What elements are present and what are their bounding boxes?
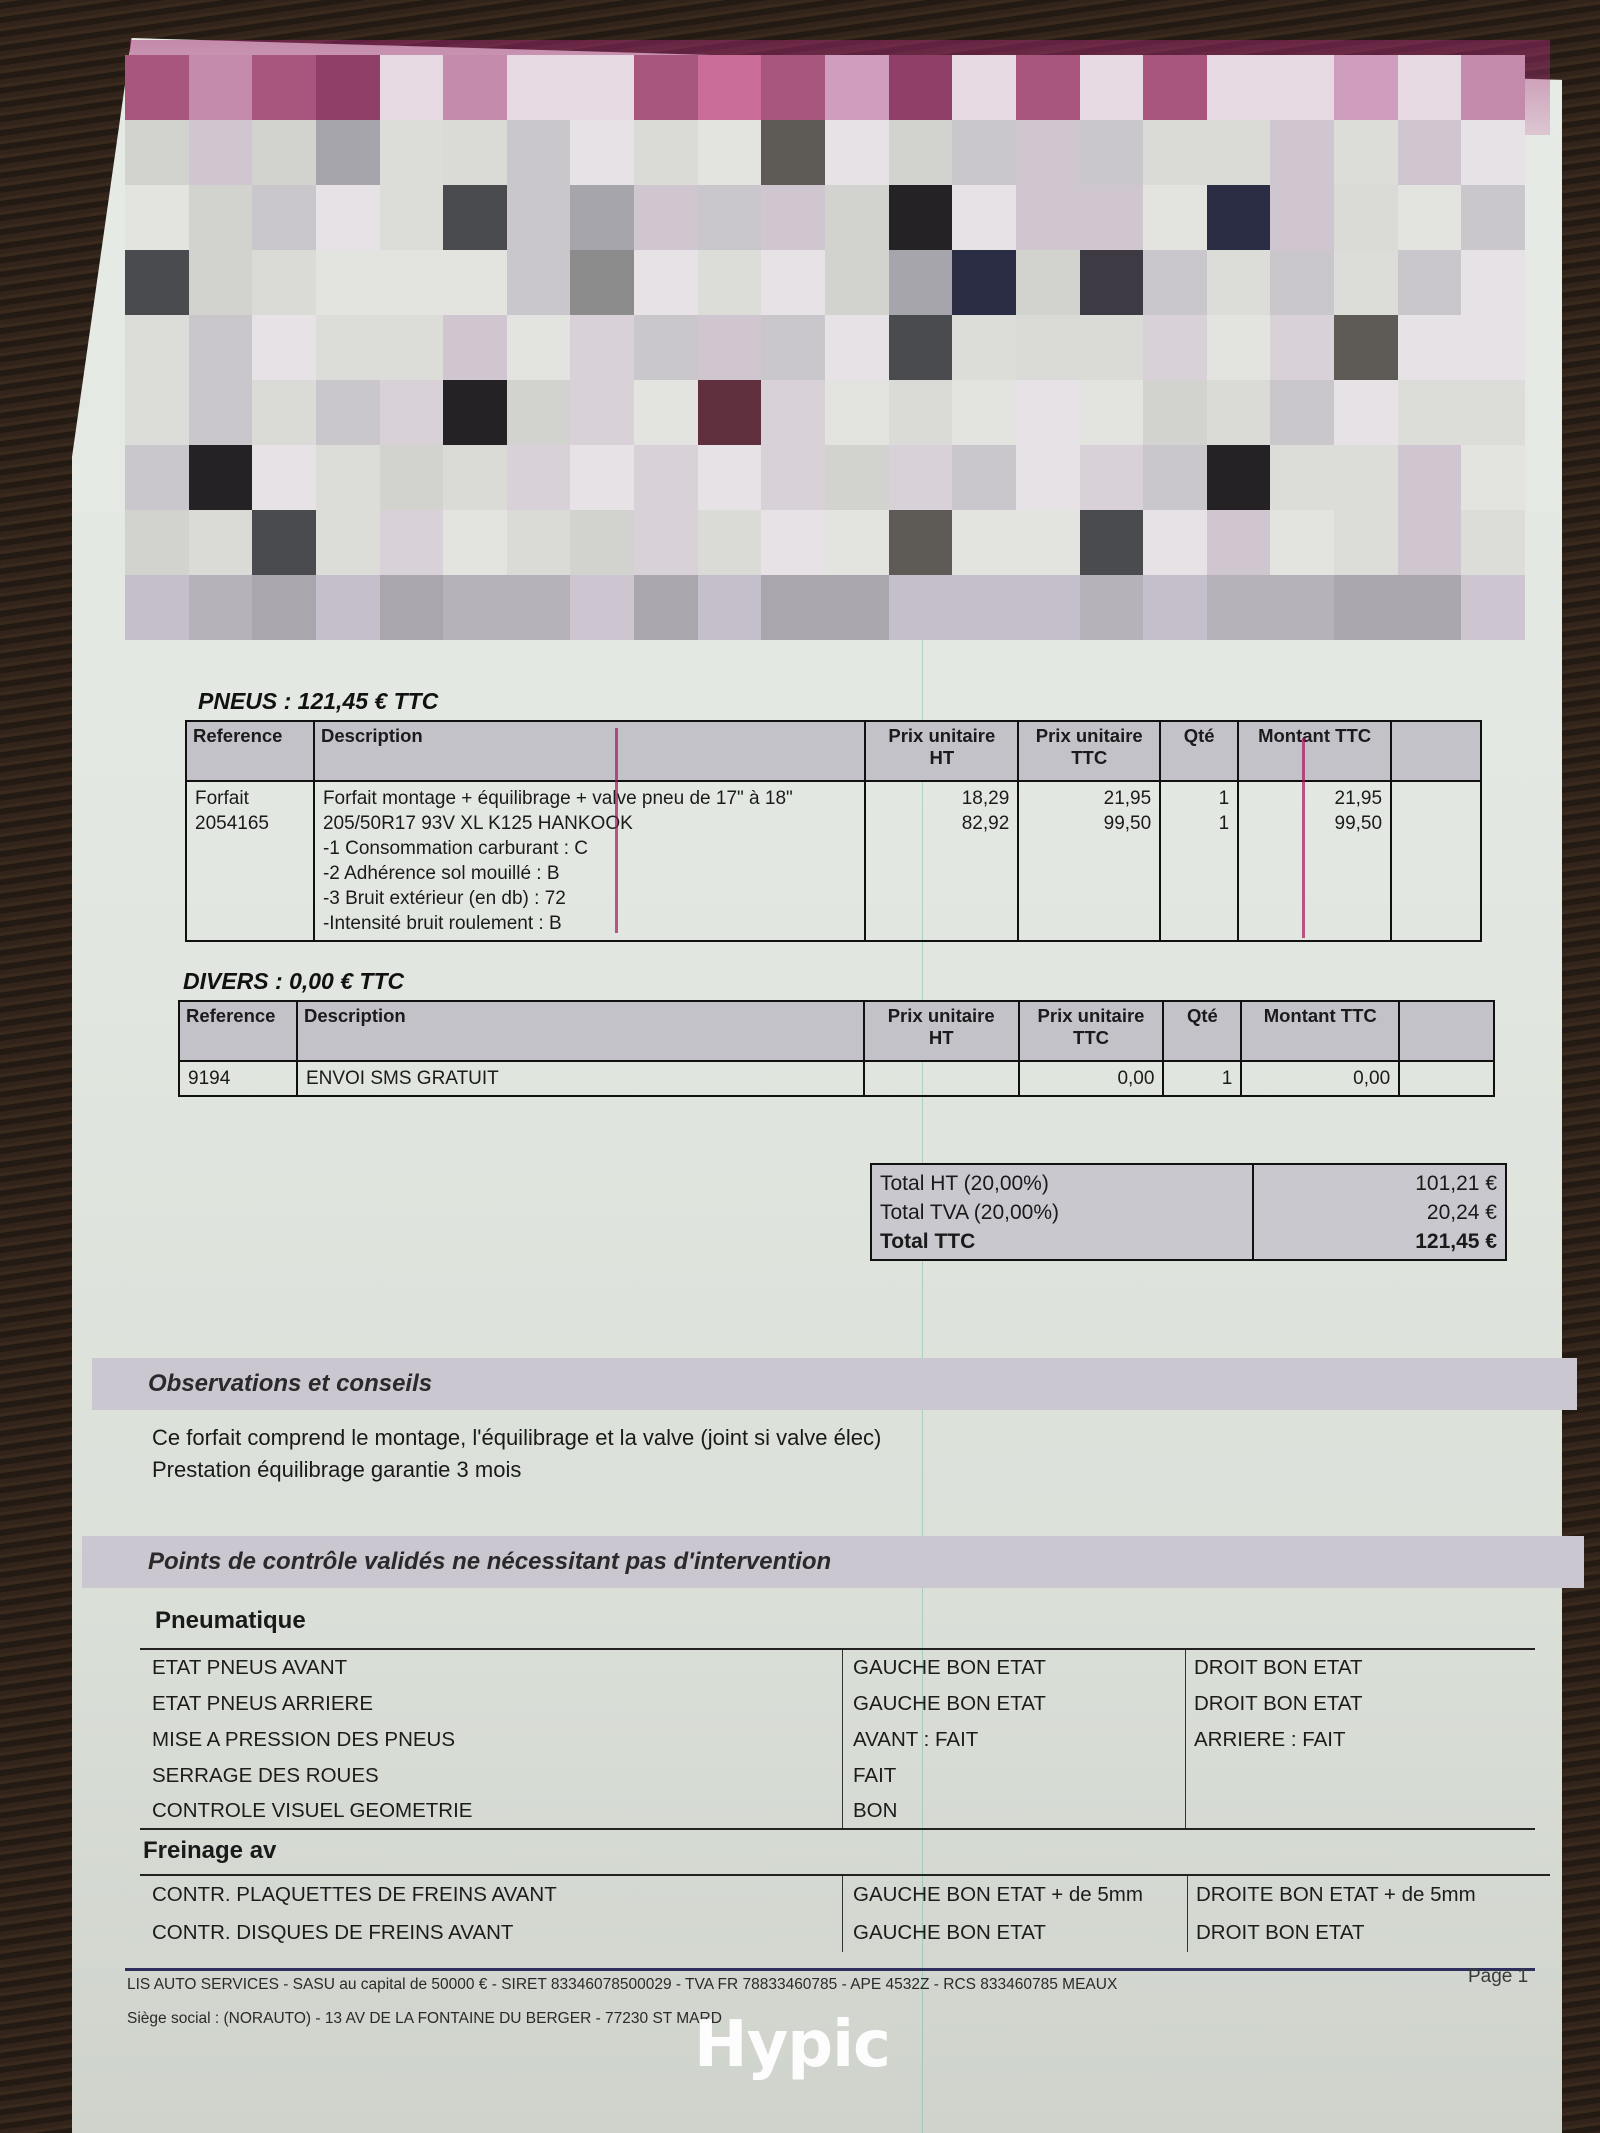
redaction-tile: [570, 510, 634, 575]
redaction-tile: [761, 445, 825, 510]
redaction-tile: [1270, 575, 1334, 640]
col-qty: Qté: [1163, 1001, 1241, 1061]
observation-line: Prestation équilibrage garantie 3 mois: [152, 1454, 881, 1486]
redaction-tile: [1143, 315, 1207, 380]
control-right: DROIT BON ETAT: [1185, 1686, 1535, 1722]
redaction-tile: [189, 380, 253, 445]
redaction-tile: [252, 380, 316, 445]
control-left: GAUCHE BON ETAT: [842, 1686, 1185, 1722]
redaction-tile: [952, 380, 1016, 445]
redaction-tile: [761, 380, 825, 445]
redaction-tile: [570, 185, 634, 250]
redaction-tile: [1334, 445, 1398, 510]
redaction-tile: [1143, 250, 1207, 315]
col-reference: Reference: [179, 1001, 297, 1061]
redaction-tile: [1461, 185, 1525, 250]
redaction-tile: [698, 120, 762, 185]
redaction-tile: [1080, 510, 1144, 575]
group-freinage-title: Freinage av: [143, 1837, 276, 1865]
pneus-qty: 1 1: [1160, 781, 1238, 941]
redaction-tile: [634, 120, 698, 185]
footer-address: Siège social : (NORAUTO) - 13 AV DE LA F…: [127, 2010, 722, 2028]
redaction-tile: [1334, 315, 1398, 380]
redaction-tile: [1461, 510, 1525, 575]
redaction-tile: [1016, 250, 1080, 315]
redaction-tile: [952, 575, 1016, 640]
observations-text: Ce forfait comprend le montage, l'équili…: [152, 1422, 881, 1486]
redaction-tile: [443, 250, 507, 315]
redaction-tile: [316, 250, 380, 315]
divers-pu-ht: [864, 1061, 1019, 1096]
redaction-tile: [189, 575, 253, 640]
control-left: BON: [842, 1794, 1185, 1828]
redaction-tile: [1270, 315, 1334, 380]
redaction-tile: [1016, 575, 1080, 640]
redaction-tile: [507, 445, 571, 510]
redaction-tile: [125, 575, 189, 640]
pneus-description: Forfait montage + équilibrage + valve pn…: [314, 781, 865, 941]
total-ttc-value: 121,45 €: [1262, 1227, 1497, 1256]
redaction-tile: [634, 185, 698, 250]
redaction-tile: [1270, 185, 1334, 250]
redaction-tile: [570, 380, 634, 445]
redaction-tile: [380, 55, 444, 120]
divers-pu-ttc: 0,00: [1019, 1061, 1164, 1096]
pneus-table: Reference Description Prix unitaireHT Pr…: [185, 720, 1482, 942]
redaction-tile: [1080, 380, 1144, 445]
redaction-tile: [1461, 445, 1525, 510]
redaction-tile: [634, 55, 698, 120]
observations-title: Observations et conseils: [92, 1358, 1577, 1410]
col-pu-ht-line1: Prix unitaire: [888, 725, 995, 746]
value: 1: [1169, 786, 1229, 811]
redaction-tile: [698, 575, 762, 640]
footer-legal: LIS AUTO SERVICES - SASU au capital de 5…: [127, 1976, 1117, 1994]
redaction-tile: [1080, 575, 1144, 640]
redaction-tile: [1080, 120, 1144, 185]
redaction-tile: [570, 575, 634, 640]
redaction-tile: [825, 55, 889, 120]
redaction-tile: [1207, 575, 1271, 640]
redaction-tile: [189, 445, 253, 510]
total-ht-label: Total HT (20,00%): [880, 1169, 1244, 1198]
value: 1: [1169, 811, 1229, 836]
redaction-tile: [125, 315, 189, 380]
redaction-tile: [1270, 250, 1334, 315]
totals-box: Total HT (20,00%) Total TVA (20,00%) Tot…: [870, 1163, 1507, 1261]
redaction-tile: [1080, 55, 1144, 120]
divers-section-title: DIVERS : 0,00 € TTC: [183, 968, 404, 995]
redaction-tile: [952, 445, 1016, 510]
pneus-amount: 21,95 99,50: [1238, 781, 1391, 941]
redaction-tile: [316, 445, 380, 510]
redaction-tile: [1270, 120, 1334, 185]
redaction-tile: [507, 55, 571, 120]
redaction-tile: [1016, 445, 1080, 510]
redaction-tile: [252, 510, 316, 575]
redaction-tile: [252, 575, 316, 640]
desc-line: -1 Consommation carburant : C: [323, 836, 856, 861]
pneus-pu-ht: 18,29 82,92: [865, 781, 1018, 941]
redaction-tile: [316, 120, 380, 185]
value: 99,50: [1027, 811, 1151, 836]
redaction-tile: [380, 250, 444, 315]
redaction-tile: [507, 250, 571, 315]
totals-labels: Total HT (20,00%) Total TVA (20,00%) Tot…: [872, 1165, 1254, 1259]
col-amount: Montant TTC: [1238, 721, 1391, 781]
redaction-tile: [570, 315, 634, 380]
total-tva-value: 20,24 €: [1262, 1198, 1497, 1227]
total-tva-label: Total TVA (20,00%): [880, 1198, 1244, 1227]
redaction-tile: [889, 55, 953, 120]
redaction-tile: [316, 315, 380, 380]
value: 99,50: [1247, 811, 1382, 836]
pneus-section-title: PNEUS : 121,45 € TTC: [198, 688, 438, 715]
divers-table: Reference Description Prix unitaireHT Pr…: [178, 1000, 1495, 1097]
redaction-tile: [1398, 55, 1462, 120]
redaction-tile: [1080, 185, 1144, 250]
redaction-tile: [316, 185, 380, 250]
redaction-tile: [761, 185, 825, 250]
control-item: CONTR. DISQUES DE FREINS AVANT: [140, 1921, 842, 1945]
value: 21,95: [1247, 786, 1382, 811]
redaction-tile: [1207, 120, 1271, 185]
redaction-tile: [125, 250, 189, 315]
table-row: 9194 ENVOI SMS GRATUIT 0,00 1 0,00: [179, 1061, 1494, 1096]
redaction-tile: [443, 510, 507, 575]
redaction-tile: [698, 315, 762, 380]
redaction-tile: [380, 120, 444, 185]
pneus-refs: Forfait 2054165: [186, 781, 314, 941]
redaction-tile: [1461, 380, 1525, 445]
col-pu-ht-line1: Prix unitaire: [888, 1005, 995, 1026]
redaction-tile: [252, 250, 316, 315]
redaction-tile: [1398, 250, 1462, 315]
pneus-extra: [1391, 781, 1481, 941]
col-extra: [1391, 721, 1481, 781]
control-right: ARRIERE : FAIT: [1185, 1722, 1535, 1758]
redaction-tile: [825, 510, 889, 575]
redaction-tile: [1270, 55, 1334, 120]
redaction-tile: [380, 445, 444, 510]
redaction-tile: [825, 575, 889, 640]
redaction-tile: [889, 575, 953, 640]
ref-line: Forfait: [195, 786, 305, 811]
redaction-tile: [443, 120, 507, 185]
redaction-tile: [825, 380, 889, 445]
redaction-tile: [634, 510, 698, 575]
pneumatique-table: ETAT PNEUS AVANT GAUCHE BON ETAT DROIT B…: [140, 1648, 1535, 1830]
observation-line: Ce forfait comprend le montage, l'équili…: [152, 1422, 881, 1454]
value: 82,92: [874, 811, 1009, 836]
control-row: CONTR. PLAQUETTES DE FREINS AVANT GAUCHE…: [140, 1876, 1550, 1914]
redaction-tile: [1334, 55, 1398, 120]
redaction-tile: [1461, 575, 1525, 640]
redaction-tile: [952, 510, 1016, 575]
redaction-tile: [507, 120, 571, 185]
col-pu-ht: Prix unitaireHT: [864, 1001, 1019, 1061]
redaction-tile: [1398, 575, 1462, 640]
redaction-tile: [1461, 120, 1525, 185]
control-left: FAIT: [842, 1758, 1185, 1794]
redaction-tile: [1207, 185, 1271, 250]
redaction-tile: [1334, 510, 1398, 575]
control-right: [1185, 1758, 1535, 1794]
control-item: ETAT PNEUS AVANT: [140, 1656, 842, 1680]
redaction-tile: [761, 250, 825, 315]
redaction-tile: [443, 575, 507, 640]
control-left: GAUCHE BON ETAT: [842, 1914, 1187, 1952]
redaction-tile: [825, 445, 889, 510]
redaction-tile: [1016, 185, 1080, 250]
control-right: DROIT BON ETAT: [1185, 1650, 1535, 1686]
redaction-tile: [189, 55, 253, 120]
redaction-tile: [507, 185, 571, 250]
redaction-tile: [252, 445, 316, 510]
redaction-tile: [380, 575, 444, 640]
redaction-tile: [889, 250, 953, 315]
col-description: Description: [297, 1001, 864, 1061]
redaction-tile: [698, 55, 762, 120]
redaction-tile: [952, 250, 1016, 315]
redaction-tile: [1143, 380, 1207, 445]
control-right: DROITE BON ETAT + de 5mm: [1187, 1876, 1550, 1914]
redaction-tile: [1461, 315, 1525, 380]
redaction-tile: [507, 380, 571, 445]
redaction-tile: [634, 315, 698, 380]
redaction-tile: [825, 120, 889, 185]
redaction-tile: [380, 315, 444, 380]
redaction-tile: [1143, 445, 1207, 510]
desc-line: -2 Adhérence sol mouillé : B: [323, 861, 856, 886]
redaction-tile: [316, 380, 380, 445]
redaction-tile: [698, 510, 762, 575]
redaction-tile: [1143, 510, 1207, 575]
total-ttc-label: Total TTC: [880, 1227, 1244, 1256]
redaction-tile: [1080, 315, 1144, 380]
desc-line: 205/50R17 93V XL K125 HANKOOK: [323, 811, 856, 836]
pen-mark: [615, 728, 618, 933]
control-row: CONTROLE VISUEL GEOMETRIE BON: [140, 1794, 1535, 1830]
redaction-tile: [380, 185, 444, 250]
redaction-tile: [1398, 510, 1462, 575]
redaction-tile: [634, 380, 698, 445]
desc-line: Forfait montage + équilibrage + valve pn…: [323, 786, 856, 811]
redaction-tile: [1016, 55, 1080, 120]
redaction-tile: [570, 445, 634, 510]
redaction-tile: [952, 55, 1016, 120]
redaction-tile: [1080, 250, 1144, 315]
col-pu-ht: Prix unitaireHT: [865, 721, 1018, 781]
col-pu-ttc-line2: TTC: [1073, 1027, 1109, 1048]
redaction-tile: [825, 315, 889, 380]
redaction-tile: [761, 315, 825, 380]
redaction-tile: [252, 120, 316, 185]
desc-line: -Intensité bruit roulement : B: [323, 911, 856, 936]
col-pu-ttc-line1: Prix unitaire: [1038, 1005, 1145, 1026]
redaction-tile: [380, 380, 444, 445]
redaction-tile: [570, 250, 634, 315]
redaction-tile: [825, 250, 889, 315]
redaction-tile: [125, 380, 189, 445]
redaction-tile: [125, 185, 189, 250]
col-reference: Reference: [186, 721, 314, 781]
redaction-tile: [1398, 120, 1462, 185]
redaction-tile: [1207, 315, 1271, 380]
redaction-tile: [125, 55, 189, 120]
col-description: Description: [314, 721, 865, 781]
col-pu-ht-line2: HT: [929, 1027, 954, 1048]
redaction-tile: [507, 510, 571, 575]
divers-extra: [1399, 1061, 1494, 1096]
redaction-tile: [634, 250, 698, 315]
divers-description: ENVOI SMS GRATUIT: [297, 1061, 864, 1096]
ref-line: 2054165: [195, 811, 305, 836]
redaction-tile: [316, 510, 380, 575]
redaction-tile: [1143, 55, 1207, 120]
control-row: CONTR. DISQUES DE FREINS AVANT GAUCHE BO…: [140, 1914, 1550, 1952]
redaction-tile: [1270, 510, 1334, 575]
table-row: Forfait 2054165 Forfait montage + équili…: [186, 781, 1481, 941]
redaction-tile: [252, 315, 316, 380]
redaction-tile: [1334, 185, 1398, 250]
col-pu-ttc: Prix unitaireTTC: [1018, 721, 1160, 781]
redaction-tile: [443, 55, 507, 120]
redaction-tile: [125, 120, 189, 185]
col-pu-ttc-line2: TTC: [1071, 747, 1107, 768]
value: 21,95: [1027, 786, 1151, 811]
redaction-tile: [125, 445, 189, 510]
redaction-tile: [889, 185, 953, 250]
redaction-tile: [761, 575, 825, 640]
redaction-tile: [252, 185, 316, 250]
redaction-tile: [570, 120, 634, 185]
redaction-tile: [698, 185, 762, 250]
total-ht-value: 101,21 €: [1262, 1169, 1497, 1198]
group-pneumatique-title: Pneumatique: [155, 1607, 306, 1635]
redaction-tile: [443, 380, 507, 445]
redaction-tile: [698, 445, 762, 510]
redaction-tile: [698, 380, 762, 445]
redaction-tile: [1207, 510, 1271, 575]
control-item: ETAT PNEUS ARRIERE: [140, 1692, 842, 1716]
redaction-tile: [1461, 55, 1525, 120]
redaction-tile: [570, 55, 634, 120]
divers-qty: 1: [1163, 1061, 1241, 1096]
redacted-header: [125, 55, 1525, 640]
redaction-tile: [1207, 380, 1271, 445]
redaction-tile: [189, 120, 253, 185]
control-item: CONTROLE VISUEL GEOMETRIE: [140, 1799, 842, 1823]
redaction-tile: [761, 510, 825, 575]
redaction-tile: [1080, 445, 1144, 510]
redaction-tile: [889, 380, 953, 445]
redaction-tile: [189, 510, 253, 575]
redaction-tile: [189, 250, 253, 315]
value: 18,29: [874, 786, 1009, 811]
redaction-tile: [443, 445, 507, 510]
footer-rule: [125, 1968, 1535, 1971]
redaction-tile: [698, 250, 762, 315]
col-pu-ht-line2: HT: [930, 747, 955, 768]
redaction-tile: [1207, 445, 1271, 510]
redaction-tile: [1334, 380, 1398, 445]
control-item: SERRAGE DES ROUES: [140, 1764, 842, 1788]
redaction-tile: [952, 185, 1016, 250]
redaction-tile: [252, 55, 316, 120]
redaction-tile: [1334, 575, 1398, 640]
redaction-tile: [952, 120, 1016, 185]
redaction-tile: [889, 510, 953, 575]
redaction-tile: [316, 575, 380, 640]
redaction-tile: [1143, 120, 1207, 185]
redaction-tile: [125, 510, 189, 575]
control-row: SERRAGE DES ROUES FAIT: [140, 1758, 1535, 1794]
redaction-tile: [1016, 120, 1080, 185]
redaction-tile: [761, 120, 825, 185]
divers-ref: 9194: [179, 1061, 297, 1096]
col-amount: Montant TTC: [1241, 1001, 1399, 1061]
pen-mark: [1302, 738, 1305, 938]
col-pu-ttc-line1: Prix unitaire: [1036, 725, 1143, 746]
col-pu-ttc: Prix unitaireTTC: [1019, 1001, 1164, 1061]
redaction-tile: [1207, 55, 1271, 120]
redaction-tile: [1016, 315, 1080, 380]
page-number: Page 1: [1468, 1966, 1528, 1988]
pneus-pu-ttc: 21,95 99,50: [1018, 781, 1160, 941]
redaction-tile: [1207, 250, 1271, 315]
control-left: AVANT : FAIT: [842, 1722, 1185, 1758]
desc-line: -3 Bruit extérieur (en db) : 72: [323, 886, 856, 911]
redaction-tile: [1398, 380, 1462, 445]
redaction-tile: [825, 185, 889, 250]
redaction-tile: [316, 55, 380, 120]
control-right: DROIT BON ETAT: [1187, 1914, 1550, 1952]
controls-title: Points de contrôle validés ne nécessitan…: [82, 1536, 1584, 1588]
redaction-tile: [889, 120, 953, 185]
redaction-tile: [1016, 510, 1080, 575]
redaction-tile: [1270, 380, 1334, 445]
redaction-tile: [761, 55, 825, 120]
redaction-tile: [1334, 250, 1398, 315]
control-left: GAUCHE BON ETAT + de 5mm: [842, 1876, 1187, 1914]
redaction-tile: [443, 315, 507, 380]
redaction-tile: [507, 315, 571, 380]
control-item: CONTR. PLAQUETTES DE FREINS AVANT: [140, 1883, 842, 1907]
col-qty: Qté: [1160, 721, 1238, 781]
control-row: ETAT PNEUS ARRIERE GAUCHE BON ETAT DROIT…: [140, 1686, 1535, 1722]
col-extra: [1399, 1001, 1494, 1061]
redaction-tile: [507, 575, 571, 640]
control-right: [1185, 1794, 1535, 1828]
control-row: ETAT PNEUS AVANT GAUCHE BON ETAT DROIT B…: [140, 1650, 1535, 1686]
redaction-tile: [889, 315, 953, 380]
redaction-tile: [1143, 185, 1207, 250]
control-item: MISE A PRESSION DES PNEUS: [140, 1728, 842, 1752]
redaction-tile: [1270, 445, 1334, 510]
redaction-tile: [1334, 120, 1398, 185]
redaction-tile: [380, 510, 444, 575]
control-row: MISE A PRESSION DES PNEUS AVANT : FAIT A…: [140, 1722, 1535, 1758]
redaction-tile: [189, 185, 253, 250]
redaction-tile: [634, 445, 698, 510]
redaction-tile: [1143, 575, 1207, 640]
redaction-tile: [1398, 315, 1462, 380]
control-left: GAUCHE BON ETAT: [842, 1650, 1185, 1686]
redaction-tile: [1461, 250, 1525, 315]
watermark-logo: Hypic: [694, 2008, 890, 2082]
redaction-tile: [1398, 445, 1462, 510]
